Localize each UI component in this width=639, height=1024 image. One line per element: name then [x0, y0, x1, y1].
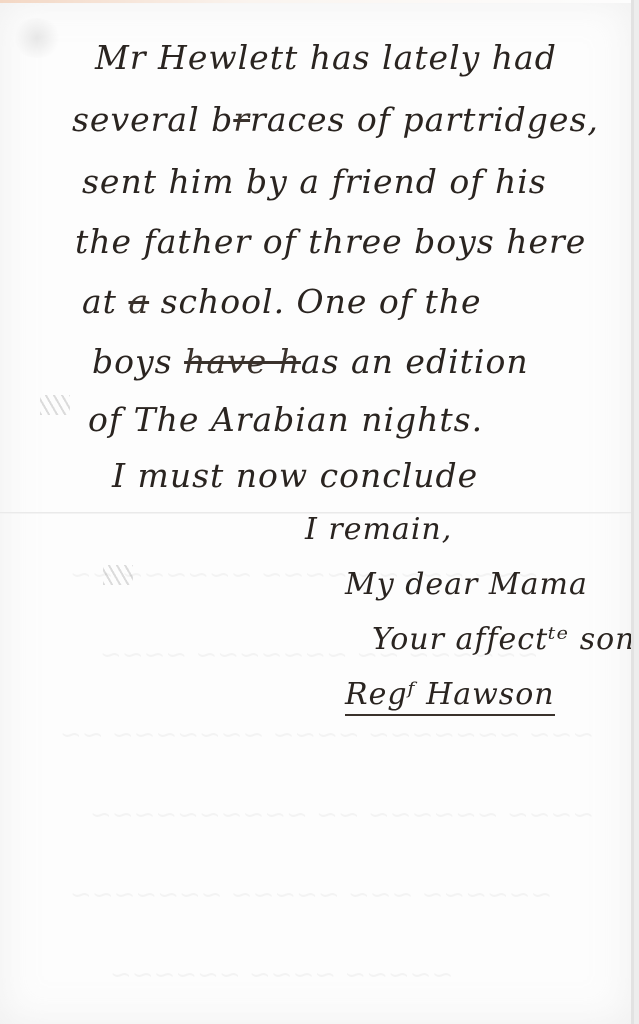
bleed-through-text: ~~~~~ ~~~~ ~~~~~~: [110, 960, 453, 990]
struck-text: have h: [184, 342, 301, 381]
letter-line-4: the father of three boys here: [75, 222, 586, 261]
closing-salutation: My dear Mama: [345, 567, 588, 602]
bleed-through-text: ~~~~ ~~~~~~ ~~ ~~~~~~~~~~: [90, 800, 594, 830]
letter-page: ~~~ ~~~~~ ~~~~ ~~~~~~ ~~ ~~~~~~ ~~ ~~~~~…: [0, 0, 634, 1024]
bleed-through-text: ~~~ ~~~~~~~ ~~~~ ~~~~~~~ ~~: [60, 720, 594, 750]
ink-mark: [40, 395, 70, 415]
letter-line-7: of The Arabian nights.: [88, 400, 483, 439]
letter-line-3: sent him by a friend of his: [82, 162, 547, 201]
signature: Regᶠ Hawson: [345, 677, 555, 716]
letter-line-5: at a school. One of the: [82, 282, 482, 321]
struck-text: r: [233, 100, 250, 139]
closing-valediction: Your affectᵗᵉ son: [372, 622, 634, 657]
letter-line-1: Mr Hewlett has lately had: [95, 38, 557, 77]
ink-mark: [103, 565, 133, 585]
paper-top-edge: [0, 0, 631, 3]
letter-line-6: boys have has an edition: [92, 342, 529, 381]
letter-line-8: I must now conclude: [112, 456, 478, 495]
struck-text: a: [128, 282, 149, 321]
closing-remain: I remain,: [305, 512, 452, 547]
bleed-through-text: ~~~~~~ ~~~ ~~~~~ ~~~~~~~: [70, 880, 552, 910]
letter-line-2: several brraces of partridges,: [72, 100, 599, 139]
